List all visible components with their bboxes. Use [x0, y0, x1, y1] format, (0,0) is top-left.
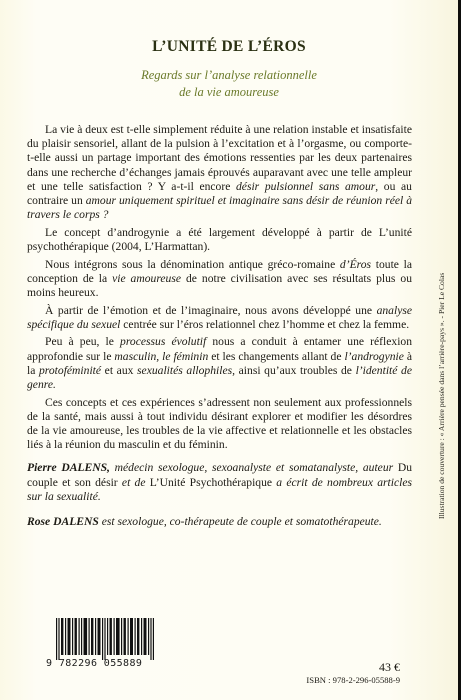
- emphasis: vie amoureuse: [112, 272, 181, 285]
- isbn: ISBN : 978-2-296-05588-9: [290, 675, 400, 685]
- text: ainsi qu’aux troubles de: [235, 364, 356, 377]
- blurb: La vie à deux est t-elle simplement rédu…: [27, 123, 412, 529]
- price: 43 €: [300, 660, 400, 675]
- author-bio-rose: Rose DALENS est sexologue, co-thérapeute…: [27, 515, 412, 529]
- text: est sexologue, co-thérapeute de couple e…: [99, 515, 382, 528]
- paragraph-3: Nous intégrons sous la dénomination anti…: [27, 258, 412, 301]
- isbn-barcode: 9 782296 055889: [56, 618, 154, 668]
- paragraph-1: La vie à deux est t-elle simplement rédu…: [27, 123, 412, 222]
- emphasis: protoféminité: [39, 364, 101, 377]
- book-reference: L’Unité Psychothérapique: [150, 476, 272, 489]
- book-subtitle: Regards sur l’analyse relationnelle de l…: [0, 67, 458, 101]
- text: À partir de l’émotion et de l’imaginaire…: [45, 304, 377, 317]
- text: et aux: [101, 364, 137, 377]
- paragraph-6: Ces concepts et ces expériences s’adress…: [27, 396, 412, 453]
- subtitle-line-1: Regards sur l’analyse relationnelle: [0, 67, 458, 84]
- author-name: Pierre DALENS,: [27, 461, 110, 474]
- emphasis: masculin, le féminin: [114, 350, 208, 363]
- emphasis: d’Éros: [340, 258, 371, 271]
- paragraph-4: À partir de l’émotion et de l’imaginaire…: [27, 304, 412, 332]
- subtitle-line-2: de la vie amoureuse: [0, 84, 458, 101]
- emphasis: processus évolutif: [120, 335, 206, 348]
- barcode-icon: [56, 618, 154, 660]
- author-bio-pierre: Pierre DALENS, médecin sexologue, sexoan…: [27, 461, 412, 504]
- text: centrée sur l’éros relationnel chez l’ho…: [120, 318, 409, 331]
- author-name: Rose DALENS: [27, 515, 99, 528]
- paragraph-2: Le concept d’androgynie a été largement …: [27, 226, 412, 254]
- text: et de: [118, 476, 150, 489]
- emphasis: sexualités allophiles,: [137, 364, 235, 377]
- barcode-digits: 9 782296 055889: [46, 658, 158, 669]
- text: Nous intégrons sous la dénomination anti…: [45, 258, 340, 271]
- emphasis: désir pulsionnel sans amour: [236, 180, 375, 193]
- cover-illustration-credit: Illustration de couverture : « Arrière p…: [437, 99, 446, 519]
- text: et les changements allant de: [208, 350, 344, 363]
- paragraph-5: Peu à peu, le processus évolutif nous a …: [27, 335, 412, 392]
- text: médecin sexologue, sexoanalyste et somat…: [110, 461, 398, 474]
- emphasis: l’androgynie: [344, 350, 403, 363]
- text: Peu à peu, le: [45, 335, 120, 348]
- book-title: L’UNITÉ DE L’ÉROS: [0, 38, 458, 56]
